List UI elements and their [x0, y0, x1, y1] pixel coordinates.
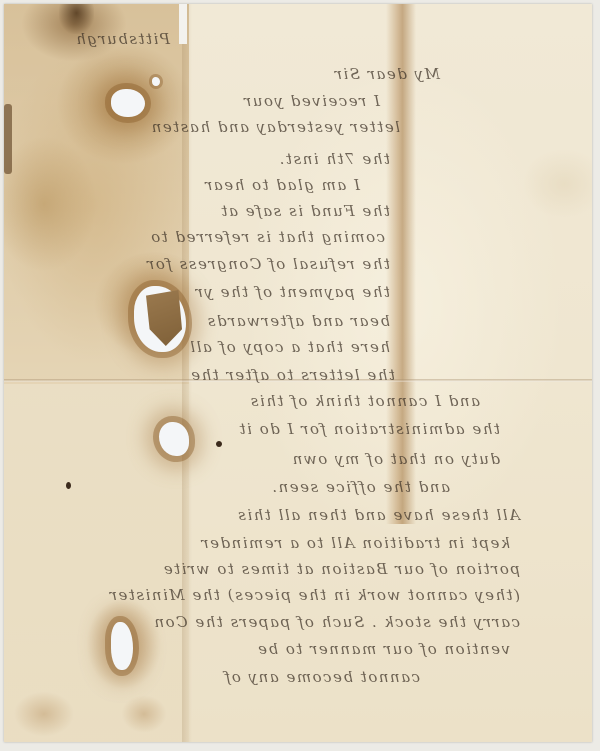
- handwriting-line: I am glad to hear: [204, 176, 360, 194]
- handwriting-line: the Fund is safe at: [220, 202, 390, 220]
- handwriting-line: coming that is referred to: [150, 228, 385, 246]
- handwriting-line: My dear Sir: [333, 65, 440, 83]
- handwriting-line: Pittsburgh: [75, 30, 170, 48]
- scan-background: PittsburghMy dear SirI received yourlett…: [0, 0, 600, 751]
- handwriting-line: and the office seen.: [271, 478, 450, 496]
- handwriting-line: the administration for I do it: [238, 420, 500, 438]
- handwriting-line: the 7th inst.: [278, 150, 390, 168]
- handwriting-line: the letters to after the: [190, 366, 395, 384]
- handwriting-line: here that a copy of all: [189, 338, 390, 356]
- handwriting-line: the payment of the yr: [194, 283, 390, 301]
- handwriting-line: and I cannot think of this: [249, 392, 480, 410]
- handwriting-line: the refusal of Congress for: [146, 255, 390, 273]
- handwriting-line: carry the stock . Such of papers the Con: [153, 613, 520, 631]
- handwriting-line: bear and afterwards: [206, 312, 390, 330]
- handwriting-line: cannot become any of: [223, 668, 420, 686]
- handwriting-line: kept in tradition All to a reminder: [200, 534, 510, 552]
- handwriting-mirrored: PittsburghMy dear SirI received yourlett…: [0, 0, 600, 751]
- handwriting-line: All these have and then all this: [237, 506, 520, 524]
- handwriting-line: (they cannot work in the pieces) the Min…: [108, 586, 520, 604]
- handwriting-line: I received your: [243, 92, 380, 110]
- handwriting-line: portion of our Bastion at times to write: [162, 560, 520, 578]
- handwriting-line: vention of our manner to be: [257, 640, 510, 658]
- handwriting-line: duty on that of my own: [291, 450, 500, 468]
- handwriting-line: letter yesterday and hasten: [150, 118, 400, 136]
